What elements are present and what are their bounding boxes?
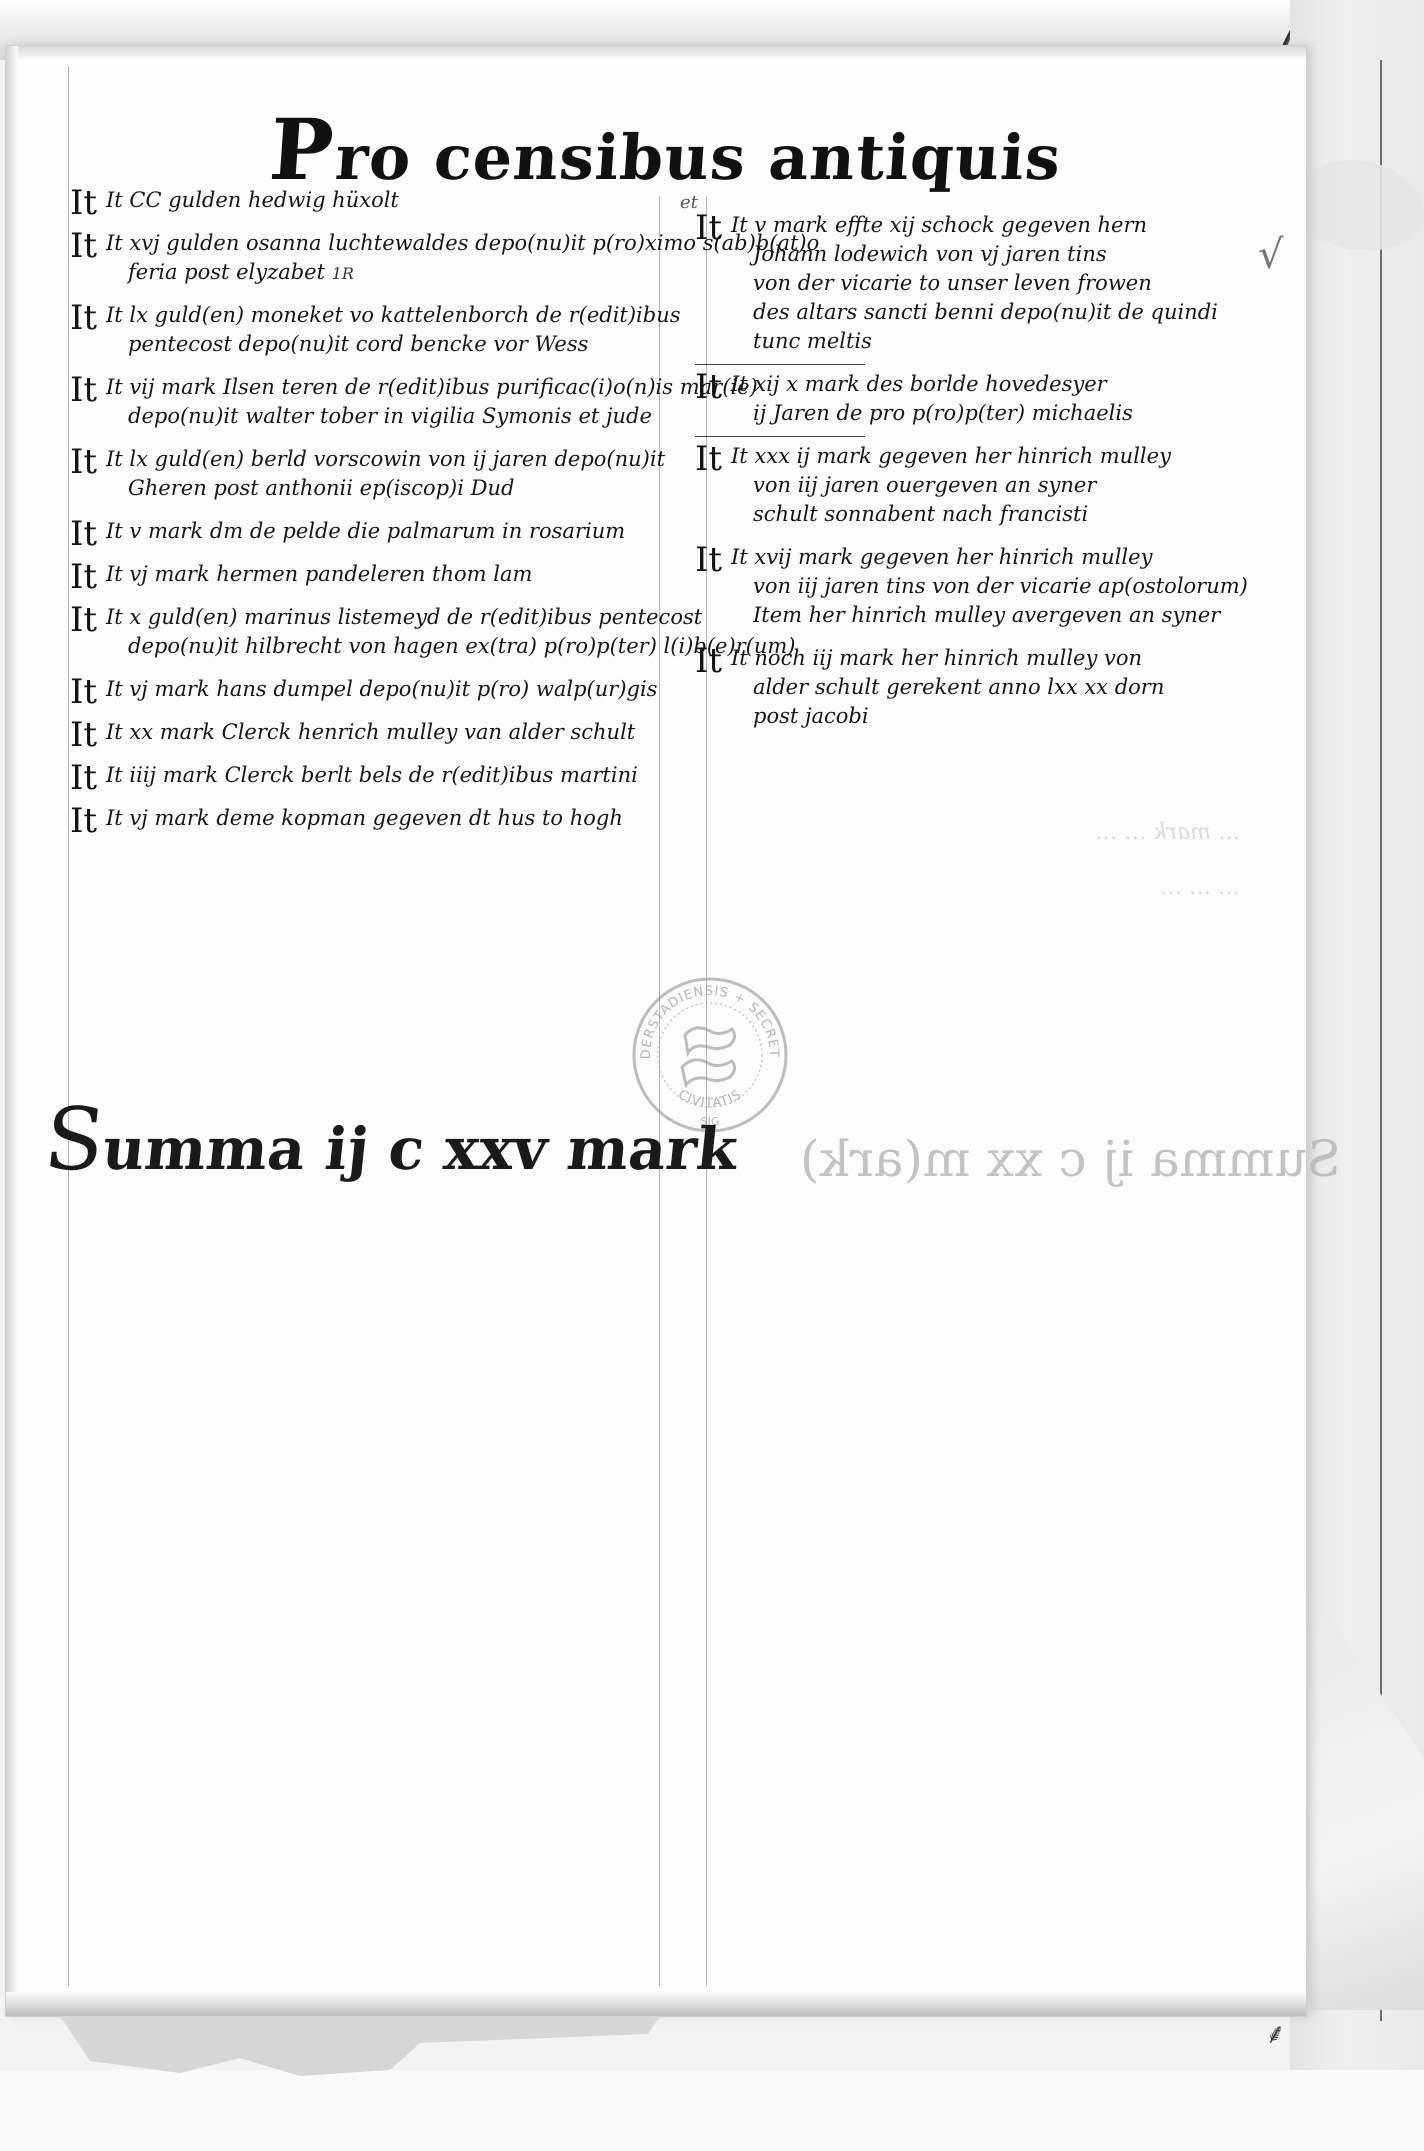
entry-line: schult sonnabent nach francisti xyxy=(731,504,1275,533)
item-mark: It xyxy=(70,373,97,407)
page-top-edge xyxy=(6,46,1306,60)
entry-line: It vj mark deme kopman gegeven dt hus to… xyxy=(106,808,670,837)
list-item: It It x guld(en) marinus listemeyd de r(… xyxy=(70,607,670,665)
list-item: It It xvj gulden osanna luchtewaldes dep… xyxy=(70,233,670,291)
list-item: It It lx guld(en) moneket vo kattelenbor… xyxy=(70,305,670,363)
list-item: It It lx guld(en) berld vorscowin von ij… xyxy=(70,449,670,507)
entry-line: alder schult gerekent anno lxx xx dorn xyxy=(731,677,1275,706)
summa-total: Summa ij c xxv mark xyxy=(40,1090,744,1190)
list-item: It It noch iij mark her hinrich mulley v… xyxy=(695,648,1275,735)
list-item: It It iiij mark Clerck berlt bels de r(e… xyxy=(70,765,670,794)
list-item: It It CC gulden hedwig hüxolt xyxy=(70,190,670,219)
page-bottom-edge xyxy=(6,1992,1306,2016)
entry-line: It xxx ij mark gegeven her hinrich mulle… xyxy=(731,446,1275,475)
bleed-through-text: … mark … … … … … xyxy=(820,820,1240,960)
item-mark: It xyxy=(70,229,97,263)
list-item: It It v mark effte xij schock gegeven he… xyxy=(695,215,1275,360)
left-column-entries: It It CC gulden hedwig hüxolt It It xvj … xyxy=(70,190,670,851)
right-column-entries: It It v mark effte xij schock gegeven he… xyxy=(695,215,1275,749)
item-mark: It xyxy=(695,543,722,577)
page-left-edge xyxy=(6,46,18,2016)
item-mark: It xyxy=(70,445,97,479)
list-item: It It xxx ij mark gegeven her hinrich mu… xyxy=(695,446,1275,533)
summa-initial: S xyxy=(40,1090,109,1190)
item-mark: It xyxy=(70,603,97,637)
item-mark: It xyxy=(70,517,97,551)
entry-line: It x guld(en) marinus listemeyd de r(edi… xyxy=(106,607,670,636)
item-mark: It xyxy=(70,675,97,709)
entry-line: It xvij mark gegeven her hinrich mulley xyxy=(731,547,1275,576)
item-mark: It xyxy=(695,211,722,245)
entry-line: von der vicarie to unser leven frowen xyxy=(731,273,1275,302)
list-item: It It v mark dm de pelde die palmarum in… xyxy=(70,521,670,550)
entry-line: It v mark dm de pelde die palmarum in ro… xyxy=(106,521,670,550)
list-item: It It xvij mark gegeven her hinrich mull… xyxy=(695,547,1275,634)
entry-line: des altars sancti benni depo(nu)it de qu… xyxy=(731,302,1275,331)
list-item: It It vj mark deme kopman gegeven dt hus… xyxy=(70,808,670,837)
item-mark: It xyxy=(70,804,97,838)
item-mark: It xyxy=(695,644,722,678)
frayed-thread-icon: ⸙ xyxy=(1265,2020,1305,2060)
item-mark: It xyxy=(70,718,97,752)
list-item: It It vj mark hermen pandeleren thom lam xyxy=(70,564,670,593)
entry-line: It lx guld(en) moneket vo kattelenborch … xyxy=(106,305,670,334)
entry-line: von iij jaren tins von der vicarie ap(os… xyxy=(731,576,1275,605)
list-item: It It vij mark Ilsen teren de r(edit)ibu… xyxy=(70,377,670,435)
item-mark: It xyxy=(70,761,97,795)
entry-line: Johann lodewich von vj jaren tins xyxy=(731,244,1275,273)
entry-line: pentecost depo(nu)it cord bencke vor Wes… xyxy=(106,334,670,363)
entry-line: ij Jaren de pro p(ro)p(ter) michaelis xyxy=(731,403,1275,432)
summa-text: umma ij c xxv mark xyxy=(99,1115,740,1183)
entry-line: feria post elyzabet 1R xyxy=(106,262,670,291)
list-item: It It xij x mark des borlde hovedesyer i… xyxy=(695,374,1275,432)
entry-line: depo(nu)it hilbrecht von hagen ex(tra) p… xyxy=(106,636,670,665)
entry-line: It v mark effte xij schock gegeven hern xyxy=(731,215,1275,244)
entry-line: It lx guld(en) berld vorscowin von ij ja… xyxy=(106,449,670,478)
entry-line: It xx mark Clerck henrich mulley van ald… xyxy=(106,722,670,751)
entry-line: post jacobi xyxy=(731,706,1275,735)
list-item: It It xx mark Clerck henrich mulley van … xyxy=(70,722,670,751)
item-mark: It xyxy=(70,301,97,335)
entry-line: depo(nu)it walter tober in vigilia Symon… xyxy=(106,406,670,435)
entry-line: It xvj gulden osanna luchtewaldes depo(n… xyxy=(106,233,670,262)
entry-line: von iij jaren ouergeven an syner xyxy=(731,475,1275,504)
item-mark: It xyxy=(695,442,722,476)
entry-line: It noch iij mark her hinrich mulley von xyxy=(731,648,1275,677)
scan-bottom-background xyxy=(0,2070,1424,2151)
item-mark: It xyxy=(70,560,97,594)
item-mark: It xyxy=(70,186,97,220)
title-rest: ro censibus antiquis xyxy=(333,121,1064,194)
entry-line: It vj mark hermen pandeleren thom lam xyxy=(106,564,670,593)
entry-line: Item her hinrich mulley avergeven an syn… xyxy=(731,605,1275,634)
entry-line: It vij mark Ilsen teren de r(edit)ibus p… xyxy=(106,377,670,406)
entry-line: It xij x mark des borlde hovedesyer xyxy=(731,374,1275,403)
entry-line: It vj mark hans dumpel depo(nu)it p(ro) … xyxy=(106,679,670,708)
item-mark: It xyxy=(695,370,722,404)
bleed-through-summa: Summa ij c xx m(ark) xyxy=(800,1130,1341,1188)
page-title: Pro censibus antiquis xyxy=(267,100,1066,199)
ruling-line-left xyxy=(68,66,69,1986)
entry-line: Gheren post anthonii ep(iscop)i Dud xyxy=(106,478,670,507)
entry-line: It iiij mark Clerck berlt bels de r(edit… xyxy=(106,765,670,794)
torn-bottom-edge xyxy=(60,2016,660,2076)
list-item: It It vj mark hans dumpel depo(nu)it p(r… xyxy=(70,679,670,708)
entry-line: It CC gulden hedwig hüxolt xyxy=(106,190,670,219)
title-initial: P xyxy=(267,100,338,199)
entry-line: tunc meltis xyxy=(731,331,1275,360)
